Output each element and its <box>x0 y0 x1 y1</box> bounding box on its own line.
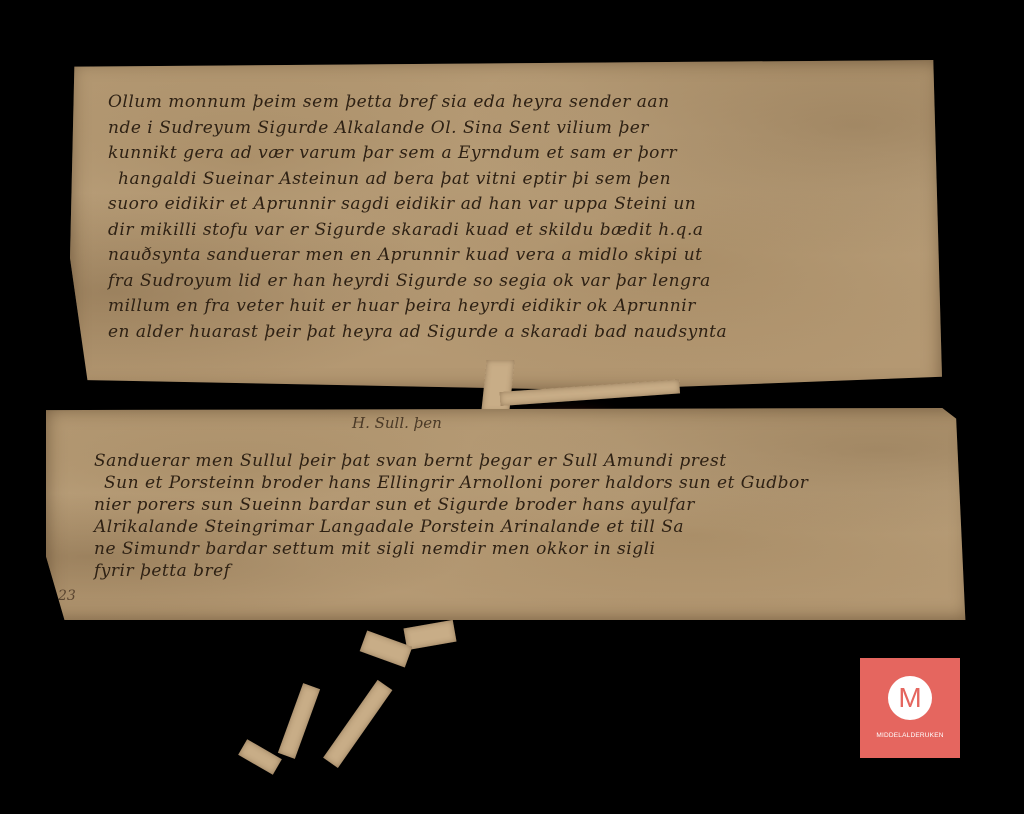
charter-bottom-text: Sanduerar men Sullul þeir þat svan bernt… <box>94 450 808 582</box>
middelalderuken-logo: M MIDDELALDERUKEN <box>860 658 960 758</box>
text-line: Ollum monnum þeim sem þetta bref sia eda… <box>108 90 727 116</box>
text-line: hangaldi Sueinar Asteinun ad bera þat vi… <box>108 167 727 193</box>
text-line: nauðsynta sanduerar men en Aprunnir kuad… <box>108 243 727 269</box>
text-line: nier porers sun Sueinn bardar sun et Sig… <box>94 494 808 516</box>
text-line: suoro eidikir et Aprunnir sagdi eidikir … <box>108 192 727 218</box>
text-line: Sun et Porsteinn broder hans Ellingrir A… <box>94 472 808 494</box>
seal-tag-bottom <box>278 683 320 759</box>
charter-bottom-parchment: H. Sull. þen Sanduerar men Sullul þeir þ… <box>46 408 970 620</box>
logo-m-icon: M <box>888 676 932 720</box>
text-line: ne Simundr bardar settum mit sigli nemdi… <box>94 538 808 560</box>
charter-top-text: Ollum monnum þeim sem þetta bref sia eda… <box>108 90 727 345</box>
text-line: dir mikilli stofu var er Sigurde skaradi… <box>108 218 727 244</box>
logo-wordmark: MIDDELALDERUKEN <box>876 732 943 739</box>
text-line: kunnikt gera ad vær varum þar sem a Eyrn… <box>108 141 727 167</box>
text-line: fyrir þetta bref <box>94 560 808 582</box>
endorsement-note: H. Sull. þen <box>352 414 442 432</box>
text-line: en alder huarast þeir þat heyra ad Sigur… <box>108 320 727 346</box>
text-line: nde i Sudreyum Sigurde Alkalande Ol. Sin… <box>108 116 727 142</box>
text-line: Alrikalande Steingrimar Langadale Porste… <box>94 516 808 538</box>
seal-tag-bottom <box>323 680 392 768</box>
seal-tag-bottom <box>238 739 282 775</box>
text-line: millum en fra veter huit er huar þeira h… <box>108 294 727 320</box>
text-line: Sanduerar men Sullul þeir þat svan bernt… <box>94 450 808 472</box>
text-line: fra Sudroyum lid er han heyrdi Sigurde s… <box>108 269 727 295</box>
folio-number: 23 <box>58 588 76 604</box>
charter-top-parchment: Ollum monnum þeim sem þetta bref sia eda… <box>70 60 942 390</box>
